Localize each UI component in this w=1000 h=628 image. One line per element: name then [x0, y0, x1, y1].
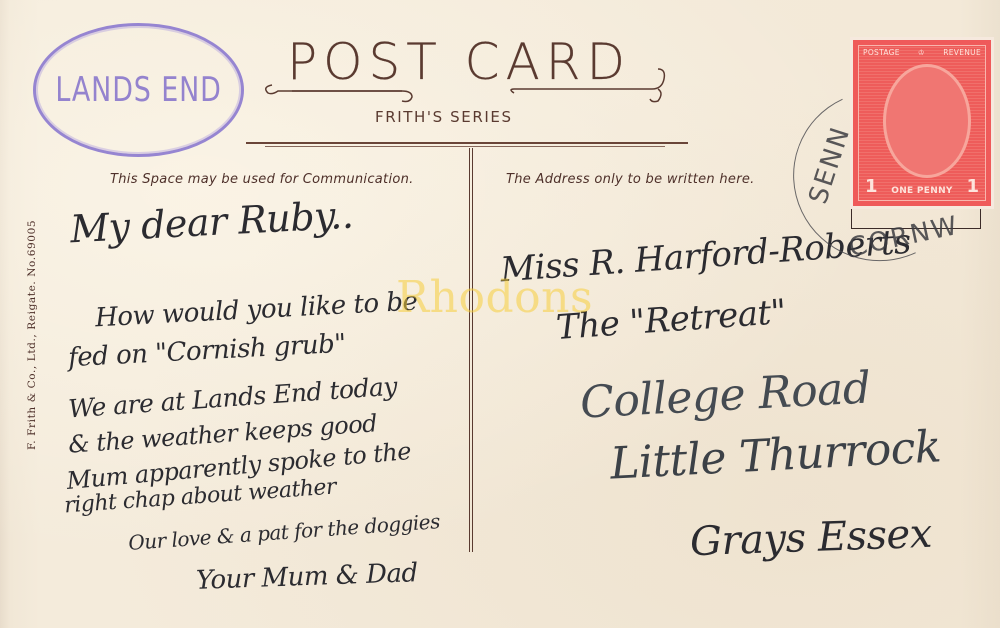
stamp-postage-text: POSTAGE — [863, 48, 900, 57]
postcard-title: POST CARD — [262, 33, 672, 103]
crown-icon: ♔ — [918, 48, 925, 57]
header-rule — [246, 142, 688, 144]
address-label: The Address only to be written here. — [506, 172, 755, 187]
address-line-county: Grays Essex — [689, 511, 932, 565]
title-text: POST CARD — [287, 33, 631, 91]
publisher-imprint: F. Frith & Co., Ltd., Reigate. No.69005 — [26, 230, 38, 450]
king-portrait-icon — [883, 64, 971, 178]
address-line-street: College Road — [579, 362, 872, 428]
message-greeting: My dear Ruby.. — [69, 193, 354, 252]
center-divider — [469, 148, 473, 552]
postcard-back: LANDS END POST CARD FRITH'S SERIES This … — [0, 0, 1000, 628]
message-line: How would you like to be — [94, 287, 418, 334]
stamp-value-digit-right: 1 — [966, 176, 979, 197]
message-line: fed on "Cornish grub" — [67, 329, 346, 374]
stamp-revenue-text: REVENUE — [943, 48, 981, 57]
series-label: FRITH'S SERIES — [375, 108, 513, 126]
watermark: Rhodons — [396, 272, 593, 323]
postage-stamp: POSTAGE ♔ REVENUE 1 ONE PENNY 1 — [853, 40, 991, 206]
header-rule-secondary — [265, 146, 665, 147]
cachet-text: LANDS END — [55, 70, 221, 110]
stamp-value-digit-left: 1 — [865, 176, 878, 197]
stamp-value-text: ONE PENNY — [877, 186, 967, 196]
communication-label: This Space may be used for Communication… — [110, 172, 414, 187]
message-line: Our love & a pat for the doggies — [128, 509, 441, 555]
lands-end-cachet: LANDS END — [33, 23, 244, 157]
address-line-town: Little Thurrock — [609, 421, 942, 489]
message-signature: Your Mum & Dad — [196, 558, 419, 596]
